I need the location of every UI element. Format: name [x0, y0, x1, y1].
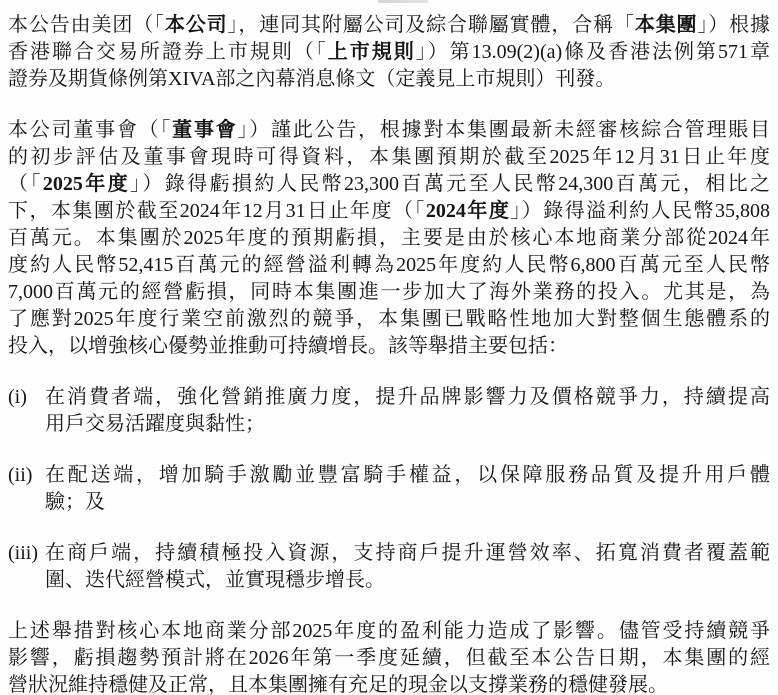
text-line: 用戶交易活躍度與黏性； — [45, 411, 770, 438]
text-line: 上述舉措對核心本地商業分部2025年度的盈利能力造成了影響。儘管受持續競爭 — [8, 618, 770, 645]
text-run: 用戶交易活躍度與黏性； — [45, 413, 265, 435]
text-run: 」，連同其附屬公司及綜合聯屬實體，合稱「 — [228, 14, 635, 36]
text-line: 圍、迭代經營模式，並實現穩步增長。 — [45, 567, 770, 594]
text-run: 7,000百萬元的經營虧損，同時本集團進一步加大了海外業務的投入。尤其是，為 — [8, 281, 770, 303]
text-line: 在商戶端，持續積極投入資源，支持商戶提升運營效率、拓寬消費者覆蓋範 — [45, 540, 770, 567]
text-run: 」）謹此公告，根據對本集團最新未經審核綜合管理賬目 — [238, 119, 771, 141]
paragraph-regulatory-basis: 本公告由美团（「本公司」，連同其附屬公司及綜合聯屬實體，合稱「本集團」）根據 香… — [8, 12, 770, 93]
text-run: （「 — [8, 173, 43, 195]
defined-term: 本公司 — [165, 14, 228, 36]
defined-term: 董事會 — [172, 119, 237, 141]
text-line: 證券及期貨條例第XIVA部之內幕消息條文（定義見上市規則）刊發。 — [8, 66, 770, 93]
text-line: 驗；及 — [45, 489, 770, 516]
defined-term: 本集團 — [635, 14, 698, 36]
text-line: （「2025年度」）錄得虧損約人民幣23,300百萬元至人民幣24,300百萬元… — [8, 171, 770, 198]
text-line: 本公司董事會（「董事會」）謹此公告，根據對本集團最新未經審核綜合管理賬目 — [8, 117, 770, 144]
text-run: 」）第13.09(2)(a)條及香港法例第571章 — [416, 41, 770, 63]
list-item-merchant: (iii) 在商戶端，持續積極投入資源，支持商戶提升運營效率、拓寬消費者覆蓋範 … — [8, 540, 770, 594]
text-line: 營狀況維持穩健及正常，且本集團擁有充足的現金以支撐業務的穩健發展。 — [8, 672, 770, 695]
text-run: 下，本集團於截至2024年12月31日止年度（「 — [8, 200, 426, 222]
text-run: 圍、迭代經營模式，並實現穩步增長。 — [45, 569, 385, 591]
list-marker: (iii) — [8, 540, 45, 594]
text-run: 」）根據 — [697, 14, 770, 36]
text-line: 在配送端，增加騎手激勵並豐富騎手權益，以保障服務品質及提升用戶體 — [45, 462, 770, 489]
text-run: 百萬元。本集團於2025年度的預期虧損，主要是由於核心本地商業分部從2024年 — [8, 227, 770, 249]
text-line: 度約人民幣52,415百萬元的經營溢利轉為2025年度約人民幣6,800百萬元至… — [8, 252, 770, 279]
text-line: 投入，以增強核心優勢並推動可持續增長。該等舉措主要包括： — [8, 333, 770, 360]
text-line: 在消費者端，強化營銷推廣力度，提升品牌影響力及價格競爭力，持續提高 — [45, 384, 770, 411]
text-run: 的初步評估及董事會現時可得資料，本集團預期於截至2025年12月31日止年度 — [8, 146, 770, 168]
text-run: 在配送端，增加騎手激勵並豐富騎手權益，以保障服務品質及提升用戶體 — [45, 464, 770, 486]
text-line: 的初步評估及董事會現時可得資料，本集團預期於截至2025年12月31日止年度 — [8, 144, 770, 171]
text-line: 了應對2025年度行業空前激烈的競爭，本集團已戰略性地加大對整個生態體系的 — [8, 306, 770, 333]
text-run: 上述舉措對核心本地商業分部2025年度的盈利能力造成了影響。儘管受持續競爭 — [8, 620, 770, 642]
text-line: 百萬元。本集團於2025年度的預期虧損，主要是由於核心本地商業分部從2024年 — [8, 225, 770, 252]
text-line: 影響，虧損趨勢預計將在2026年第一季度延續，但截至本公告日期，本集團的經 — [8, 645, 770, 672]
text-run: 」）錄得虧損約人民幣23,300百萬元至人民幣24,300百萬元，相比之 — [130, 173, 770, 195]
announcement-page: 本公告由美团（「本公司」，連同其附屬公司及綜合聯屬實體，合稱「本集團」）根據 香… — [0, 0, 778, 695]
paragraph-profit-warning: 本公司董事會（「董事會」）謹此公告，根據對本集團最新未經審核綜合管理賬目 的初步… — [8, 117, 770, 360]
list-marker: (ii) — [8, 462, 45, 516]
text-run: 影響，虧損趨勢預計將在2026年第一季度延續，但截至本公告日期，本集團的經 — [8, 647, 770, 669]
text-run: 度約人民幣52,415百萬元的經營溢利轉為2025年度約人民幣6,800百萬元至… — [8, 254, 770, 276]
defined-term: 上市規則 — [328, 41, 416, 63]
text-run: 」）錄得溢利約人民幣35,808 — [510, 200, 770, 222]
list-item-body: 在配送端，增加騎手激勵並豐富騎手權益，以保障服務品質及提升用戶體 驗；及 — [45, 462, 770, 516]
defined-term: 2025年度 — [43, 173, 130, 195]
text-run: 在消費者端，強化營銷推廣力度，提升品牌影響力及價格競爭力，持續提高 — [45, 386, 770, 408]
list-marker: (i) — [8, 384, 45, 438]
text-line: 香港聯合交易所證券上市規則（「上市規則」）第13.09(2)(a)條及香港法例第… — [8, 39, 770, 66]
text-run: 證券及期貨條例第XIVA部之內幕消息條文（定義見上市規則）刊發。 — [8, 68, 615, 90]
text-run: 營狀況維持穩健及正常，且本集團擁有充足的現金以支撐業務的穩健發展。 — [8, 674, 668, 695]
defined-term: 2024年度 — [426, 200, 510, 222]
text-run: 本公告由美团（「 — [8, 14, 165, 36]
list-item-consumer: (i) 在消費者端，強化營銷推廣力度，提升品牌影響力及價格競爭力，持續提高 用戶… — [8, 384, 770, 438]
text-run: 在商戶端，持續積極投入資源，支持商戶提升運營效率、拓寬消費者覆蓋範 — [45, 542, 770, 564]
cut-off-text-remnant — [378, 0, 428, 3]
text-run: 本公司董事會（「 — [8, 119, 172, 141]
text-run: 投入，以增強核心優勢並推動可持續增長。該等舉措主要包括： — [8, 335, 568, 357]
text-line: 下，本集團於截至2024年12月31日止年度（「2024年度」）錄得溢利約人民幣… — [8, 198, 770, 225]
list-item-delivery: (ii) 在配送端，增加騎手激勵並豐富騎手權益，以保障服務品質及提升用戶體 驗；… — [8, 462, 770, 516]
text-run: 香港聯合交易所證券上市規則（「 — [8, 41, 328, 63]
text-run: 了應對2025年度行業空前激烈的競爭，本集團已戰略性地加大對整個生態體系的 — [8, 308, 770, 330]
paragraph-outlook: 上述舉措對核心本地商業分部2025年度的盈利能力造成了影響。儘管受持續競爭 影響… — [8, 618, 770, 695]
text-line: 本公告由美团（「本公司」，連同其附屬公司及綜合聯屬實體，合稱「本集團」）根據 — [8, 12, 770, 39]
list-item-body: 在商戶端，持續積極投入資源，支持商戶提升運營效率、拓寬消費者覆蓋範 圍、迭代經營… — [45, 540, 770, 594]
text-run: 驗；及 — [45, 491, 105, 513]
list-item-body: 在消費者端，強化營銷推廣力度，提升品牌影響力及價格競爭力，持續提高 用戶交易活躍… — [45, 384, 770, 438]
text-line: 7,000百萬元的經營虧損，同時本集團進一步加大了海外業務的投入。尤其是，為 — [8, 279, 770, 306]
